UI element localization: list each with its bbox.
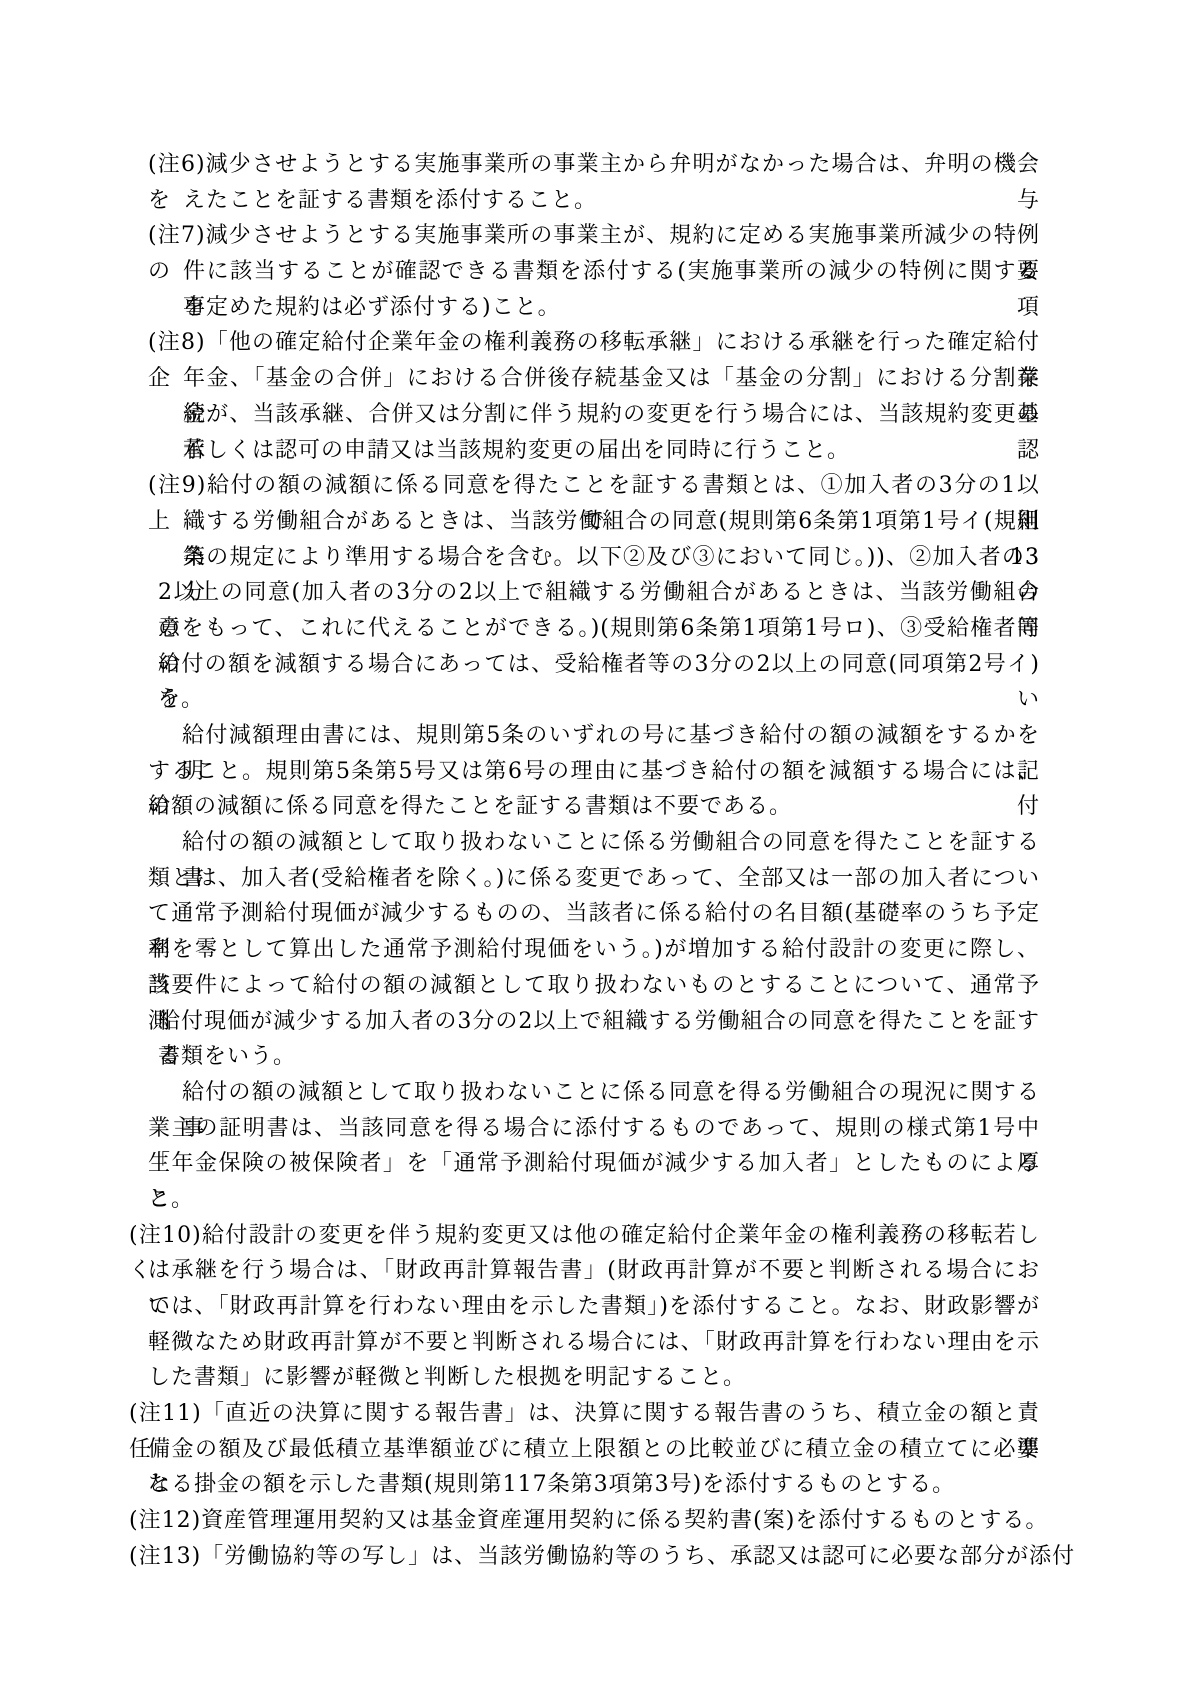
text-line: ては、「財政再計算を行わない理由を示した書類」)を添付すること。なお、財政影響が xyxy=(148,1289,1040,1325)
text-line: は承継を行う場合は、「財政再計算報告書」(財政再計算が不要と判断される場合におい xyxy=(148,1253,1040,1289)
text-line: 給付減額理由書には、規則第5条のいずれの号に基づき給付の額の減額をするかを明記 xyxy=(182,718,1040,754)
text-line: 給付の額の減額として取り扱わないことに係る同意を得る労働組合の現況に関する事 xyxy=(182,1075,1040,1111)
text-line: すること。規則第5条第5号又は第6号の理由に基づき給付の額を減額する場合には、給… xyxy=(148,754,1040,790)
text-line: 生年金保険の被保険者」を「通常予測給付現価が減少する加入者」としたものによるこ xyxy=(148,1146,1040,1182)
text-line: 給付の額を減額する場合にあっては、受給権者等の3分の2以上の同意(同項第2号イ)… xyxy=(158,647,1040,683)
text-line: 条の規定により準用する場合を含む。以下②及び③において同じ。))、②加入者の3分… xyxy=(183,540,1040,576)
text-line: (注8)「他の確定給付企業年金の権利義務の移転承継」における承継を行った確定給付… xyxy=(148,325,1040,361)
text-line: (注6)減少させようとする実施事業所の事業主から弁明がなかった場合は、弁明の機会… xyxy=(148,147,1040,183)
text-line: (注12)資産管理運用契約又は基金資産運用契約に係る契約書(案)を添付するものと… xyxy=(129,1503,1181,1539)
text-line: 件に該当することが確認できる書類を添付する(実施事業所の減少の特例に関する事項 xyxy=(183,254,1040,290)
text-line: 2以上の同意(加入者の3分の2以上で組織する労働組合があるときは、当該労働組合の… xyxy=(158,575,1040,611)
text-line: 類とは、加入者(受給権者を除く。)に係る変更であって、全部又は一部の加入者につい xyxy=(148,861,1040,897)
text-line: 意をもって、これに代えることができる。)(規則第6条第1項第1号ロ)、③受給権者… xyxy=(158,611,1040,647)
text-line: 率を零として算出した通常予測給付現価をいう。)が増加する給付設計の変更に際し、当 xyxy=(148,932,1040,968)
text-line: (注9)給付の額の減額に係る同意を得たことを証する書類とは、①加入者の3分の1以… xyxy=(148,468,1040,504)
text-line: (注11)「直近の決算に関する報告書」は、決算に関する報告書のうち、積立金の額と… xyxy=(129,1396,1040,1432)
text-line: 年金、「基金の合併」における合併後存続基金又は「基金の分割」における分割存続基 xyxy=(183,361,1040,397)
text-line: て通常予測給付現価が減少するものの、当該者に係る給付の名目額(基礎率のうち予定利 xyxy=(148,896,1040,932)
text-line: した書類」に影響が軽微と判断した根拠を明記すること。 xyxy=(148,1360,1181,1396)
text-line: (注13)「労働協約等の写し」は、当該労働協約等のうち、承認又は認可に必要な部分… xyxy=(129,1539,1181,1575)
text-line: 金が、当該承継、合併又は分割に伴う規約の変更を行う場合には、当該規約変更の承認 xyxy=(183,397,1040,433)
text-line: 軽微なため財政再計算が不要と判断される場合には、「財政再計算を行わない理由を示 xyxy=(148,1325,1040,1361)
text-line: 書類をいう。 xyxy=(158,1039,1181,1075)
text-line: 該要件によって給付の額の減額として取り扱わないものとすることについて、通常予測 xyxy=(148,968,1040,1004)
document-page: (注6)減少させようとする実施事業所の事業主から弁明がなかった場合は、弁明の機会… xyxy=(0,0,1181,1695)
text-line: (注7)減少させようとする実施事業所の事業主が、規約に定める実施事業所減少の特例… xyxy=(148,218,1040,254)
document-lines: (注6)減少させようとする実施事業所の事業主から弁明がなかった場合は、弁明の機会… xyxy=(0,147,1181,1575)
text-line: 織する労働組合があるときは、当該労働組合の同意(規則第6条第1項第1号イ(規則第… xyxy=(183,504,1040,540)
text-line: と。 xyxy=(148,1182,1181,1218)
text-line: 給付現価が減少する加入者の3分の2以上で組織する労働組合の同意を得たことを証する xyxy=(158,1004,1040,1040)
text-line: 備金の額及び最低積立基準額並びに積立上限額との比較並びに積立金の積立てに必要と xyxy=(148,1432,1040,1468)
text-line: なる掛金の額を示した書類(規則第117条第3項第3号)を添付するものとする。 xyxy=(148,1467,1181,1503)
text-line: (注10)給付設計の変更を伴う規約変更又は他の確定給付企業年金の権利義務の移転若… xyxy=(129,1218,1040,1254)
text-line: 給付の額の減額として取り扱わないことに係る労働組合の同意を得たことを証する書 xyxy=(182,825,1040,861)
text-line: 業主の証明書は、当該同意を得る場合に添付するものであって、規則の様式第1号中「厚 xyxy=(148,1111,1040,1147)
